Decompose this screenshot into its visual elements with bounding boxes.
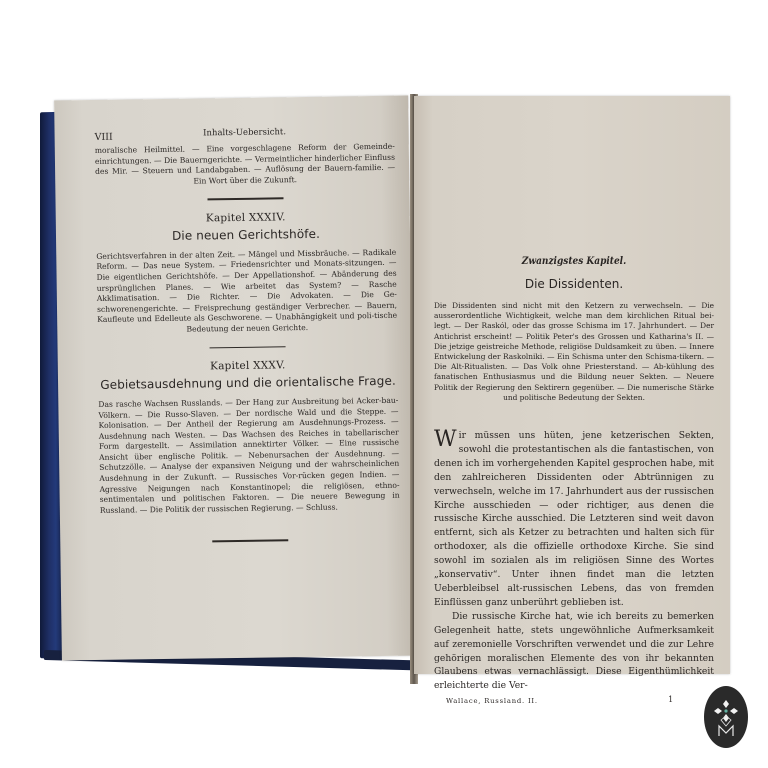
drop-cap: W — [434, 431, 457, 449]
chapter-title: Gebietsausdehnung und die orientalische … — [98, 374, 398, 392]
watermark-logo — [704, 686, 748, 748]
chapter-title: Die neuen Gerichtshöfe. — [96, 226, 396, 244]
ornamental-m-monogram-icon — [704, 686, 748, 748]
paragraph-text: ir müssen uns hüten, jene ketzerischen S… — [434, 430, 714, 608]
body-paragraph: Wir müssen uns hüten, jene ketzerischen … — [434, 429, 714, 610]
left-page-content: VIII Inhalts-Uebersicht. moralische Heil… — [95, 126, 401, 556]
body-paragraph: Die russische Kirche hat, wie ich bereit… — [434, 610, 714, 693]
running-title: Inhalts-Uebersicht. — [95, 126, 395, 140]
chapter-number: Kapitel XXXIV. — [96, 210, 396, 226]
chapter-summary: Die Dissidenten sind nicht mit den Ketze… — [434, 301, 714, 403]
chapter-title: Die Dissidenten. — [434, 277, 714, 291]
open-book: VIII Inhalts-Uebersicht. moralische Heil… — [0, 0, 768, 768]
chapter-label: Zwanzigstes Kapitel. — [448, 256, 700, 267]
chapter-summary: Gerichtsverfahren in der alten Zeit. — M… — [96, 248, 397, 337]
page-footer: Wallace, Russland. II. 1 — [434, 695, 714, 709]
right-page-content: Zwanzigstes Kapitel. Die Dissidenten. Di… — [434, 256, 714, 709]
end-divider — [212, 540, 288, 542]
left-page: VIII Inhalts-Uebersicht. moralische Heil… — [54, 96, 416, 661]
section-divider — [210, 346, 286, 348]
continued-summary: moralische Heilmittel. — Eine vorgeschla… — [95, 142, 396, 189]
chapter-number: Kapitel XXXV. — [98, 358, 398, 374]
chapter-summary: Das rasche Wachsen Russlands. — Der Hang… — [98, 396, 400, 517]
section-divider — [207, 198, 283, 200]
right-page: Zwanzigstes Kapitel. Die Dissidenten. Di… — [414, 96, 730, 674]
signature-mark: Wallace, Russland. II. — [446, 697, 538, 705]
page-number: 1 — [668, 695, 674, 704]
